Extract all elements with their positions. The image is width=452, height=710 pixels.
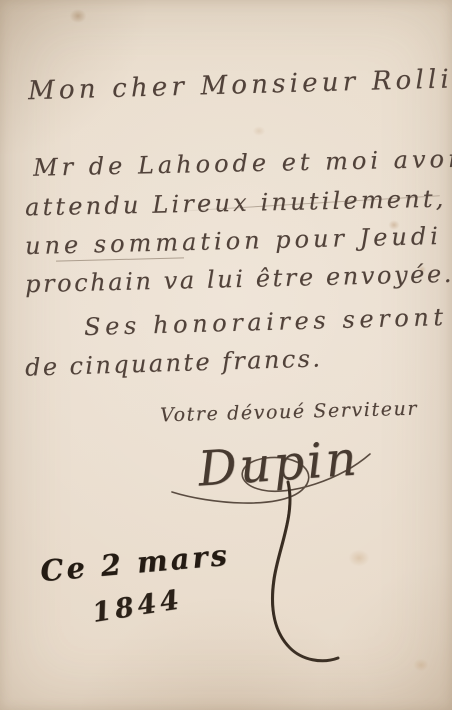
body-line-4: prochain va lui être envoyée. [25,260,452,298]
body-line-3: une sommation pour Jeudi [25,222,442,260]
salutation-line: Mon cher Monsieur Rollin [28,64,452,106]
body-line-2: attendu Lireux inutilement, [25,185,447,222]
body-line-6: de cinquante francs. [25,344,323,381]
flourish-tail-stroke [273,482,338,661]
closing-line: Votre dévoué Serviteur [160,398,419,427]
foxing-spot [250,124,268,138]
flourish-tail-shadow-stroke [272,486,290,645]
letter-page: Mon cher Monsieur Rollin Mr de Lahoode e… [0,0,452,710]
body-line-5: Ses honoraires seront [84,303,448,341]
foxing-spot [410,656,432,674]
flourish-loop-stroke [172,454,370,503]
foxing-spot [66,6,90,26]
body-line-1: Mr de Lahoode et moi avons [33,144,452,181]
